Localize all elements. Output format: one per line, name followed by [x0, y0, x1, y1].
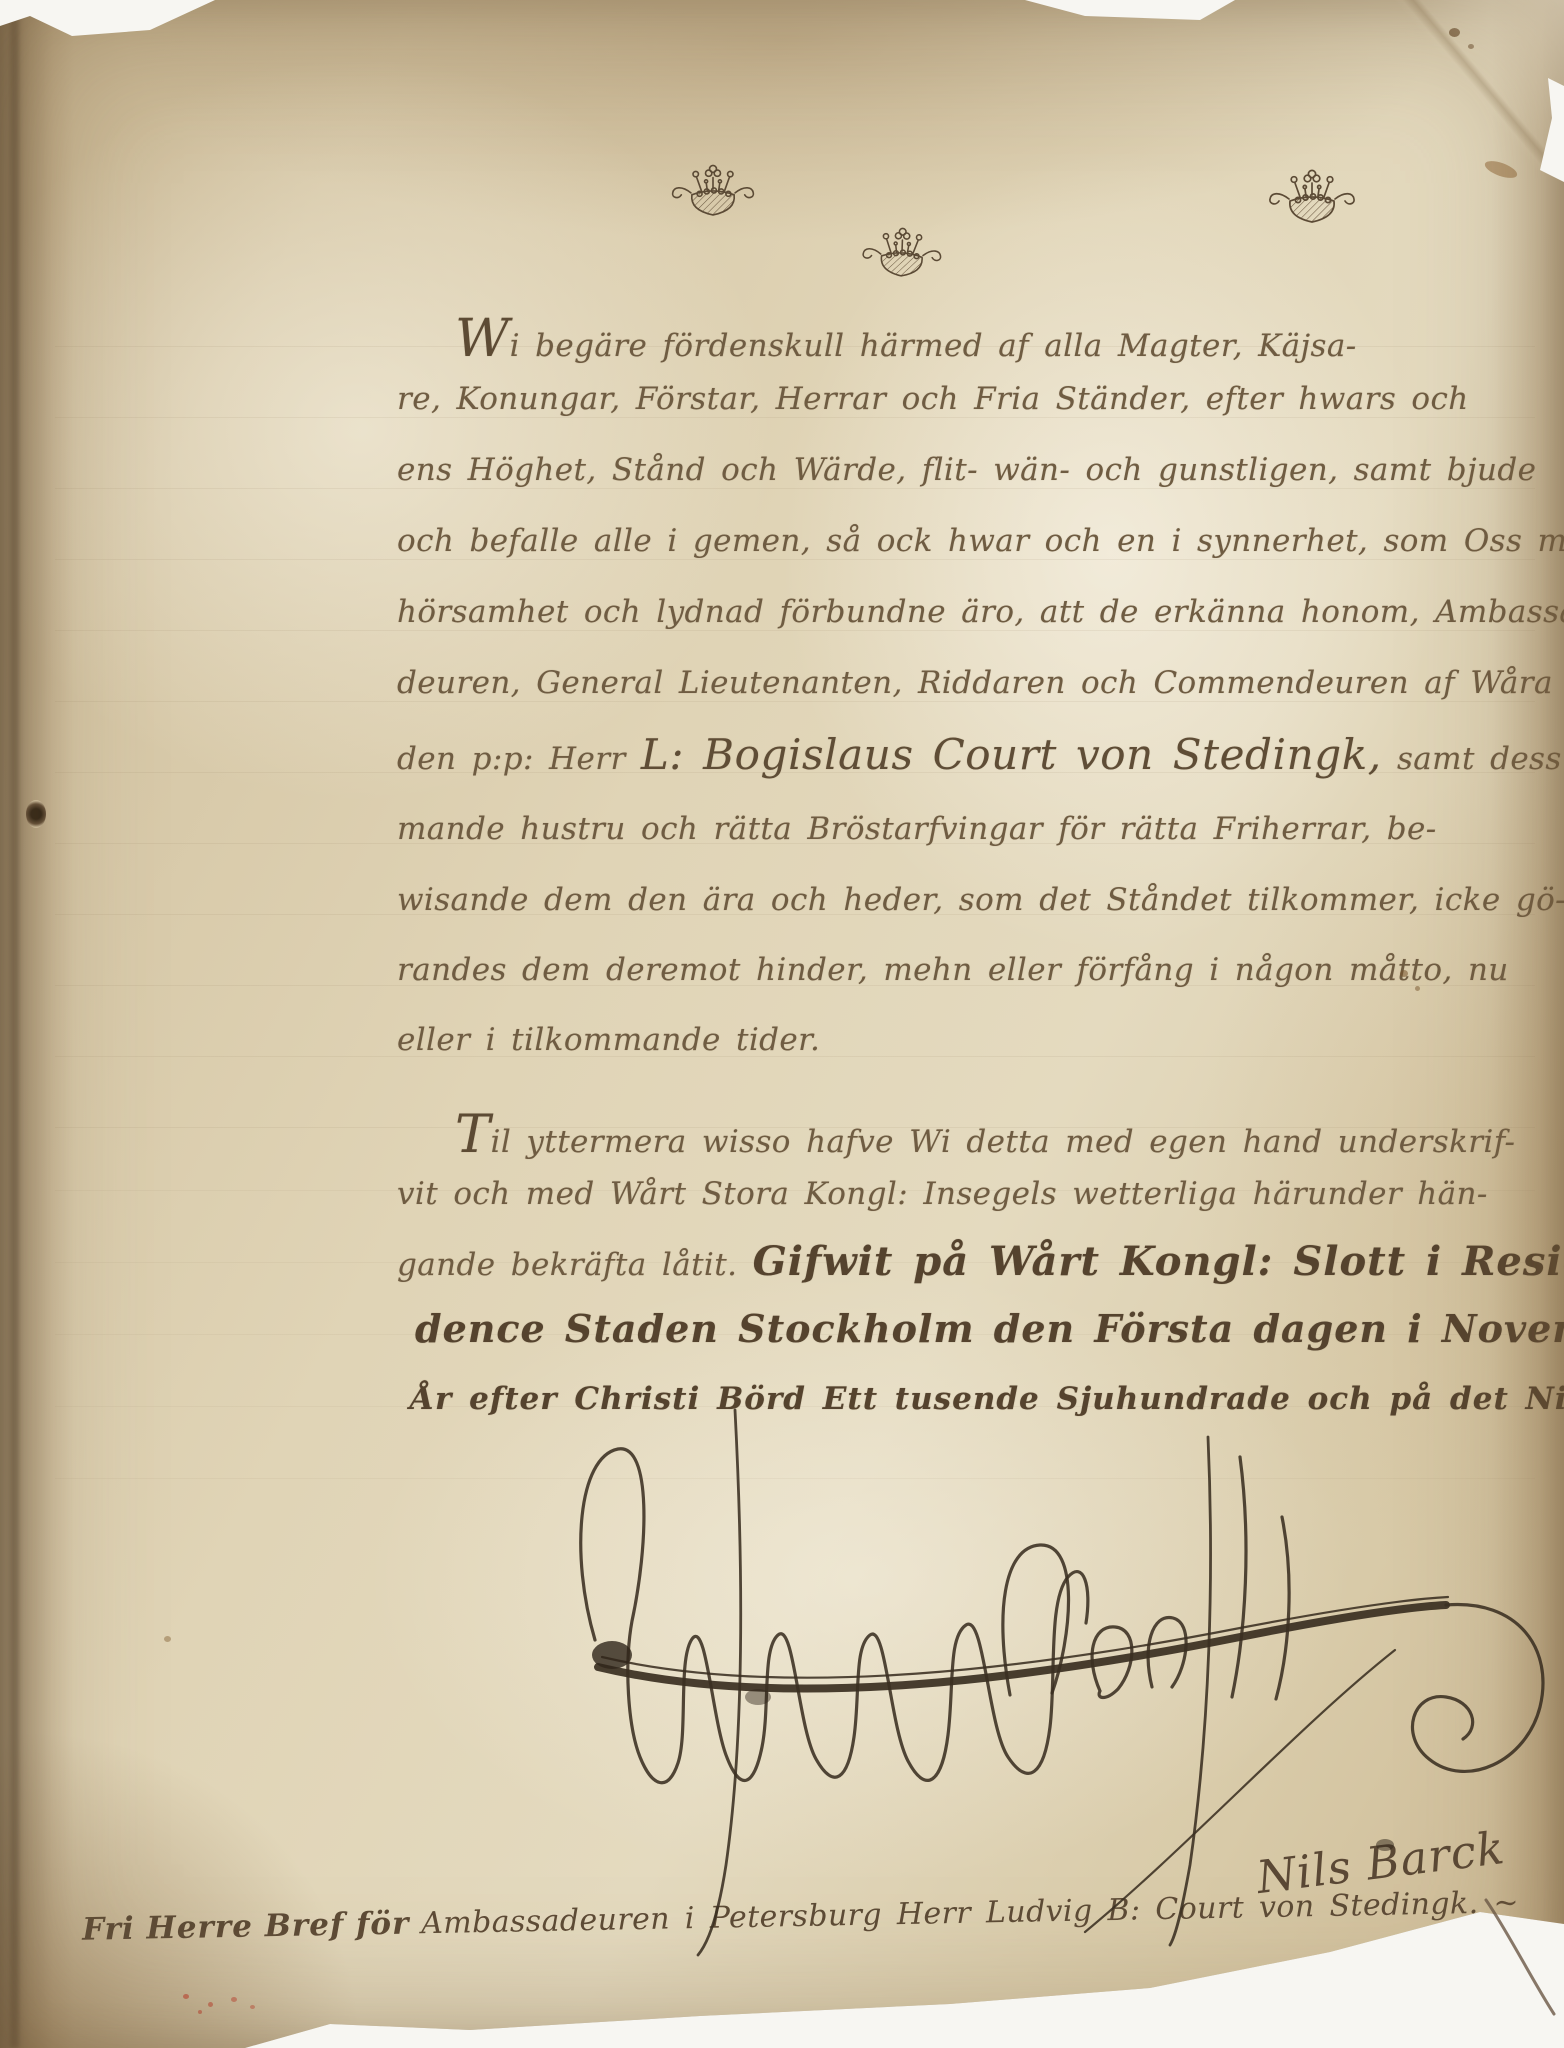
name-line-suffix: samt dess tilkom-	[1382, 741, 1564, 777]
closing-small-text: gande bekräfta låtit.	[397, 1247, 753, 1283]
ennobled-name: L: Bogislaus Court von Stedingk,	[641, 730, 1382, 779]
body-line: eller i tilkommande tider.	[397, 1022, 820, 1058]
dateline-large-1: Gifwit på Wårt Kongl: Slott i Resi-	[753, 1238, 1564, 1285]
body-line: vit och med Wårt Stora Kongl: Insegels w…	[397, 1176, 1488, 1212]
name-line-prefix: den p:p: Herr	[397, 741, 641, 777]
parchment-page: Wi begäre fördenskull härmed af alla Mag…	[0, 0, 1564, 2048]
body-line: Wi begäre fördenskull härmed af alla Mag…	[455, 308, 1357, 369]
punch-hole	[26, 800, 46, 828]
body-line: hörsamhet och lydnad förbundne äro, att …	[397, 594, 1564, 630]
red-speck	[198, 2010, 202, 2014]
body-line: ens Höghet, Stånd och Wärde, flit- wän- …	[397, 452, 1536, 488]
coronet-icon	[1262, 165, 1362, 227]
body-line: deuren, General Lieutenanten, Riddaren o…	[397, 665, 1564, 701]
body-line: randes dem deremot hinder, mehn eller fö…	[397, 952, 1509, 988]
body-line-name: den p:p: Herr L: Bogislaus Court von Ste…	[397, 730, 1564, 779]
red-speck	[183, 1994, 189, 1999]
foxing-spot	[1468, 44, 1474, 49]
docket-lead: Fri Herre Bref för	[82, 1905, 422, 1948]
dateline-large-2: dence Staden Stockholm den Första dagen …	[415, 1306, 1564, 1351]
red-speck	[208, 2002, 213, 2007]
torn-notch-top-right	[1025, 0, 1235, 26]
coronet-icon	[665, 160, 761, 220]
body-line-mixed: gande bekräfta låtit. Gifwit på Wårt Kon…	[397, 1238, 1564, 1285]
corner-pen-stroke	[1468, 1882, 1564, 2048]
body-line: Til yttermera wisso hafve Wi detta med e…	[455, 1104, 1515, 1165]
red-speck	[250, 2005, 255, 2009]
foxing-spot	[164, 1636, 171, 1642]
body-line: wisande dem den ära och heder, som det S…	[397, 882, 1564, 918]
scanned-manuscript: Wi begäre fördenskull härmed af alla Mag…	[0, 0, 1564, 2048]
body-line: re, Konungar, Förstar, Herrar och Fria S…	[397, 381, 1469, 417]
red-speck	[231, 1997, 237, 2002]
coronet-icon	[855, 221, 949, 282]
body-line: mande hustru och rätta Bröstarfvingar fö…	[397, 811, 1437, 847]
foxing-spot	[1449, 28, 1460, 37]
body-line: och befalle alle i gemen, så ock hwar oc…	[397, 523, 1564, 559]
binding-edge	[10, 0, 19, 2048]
